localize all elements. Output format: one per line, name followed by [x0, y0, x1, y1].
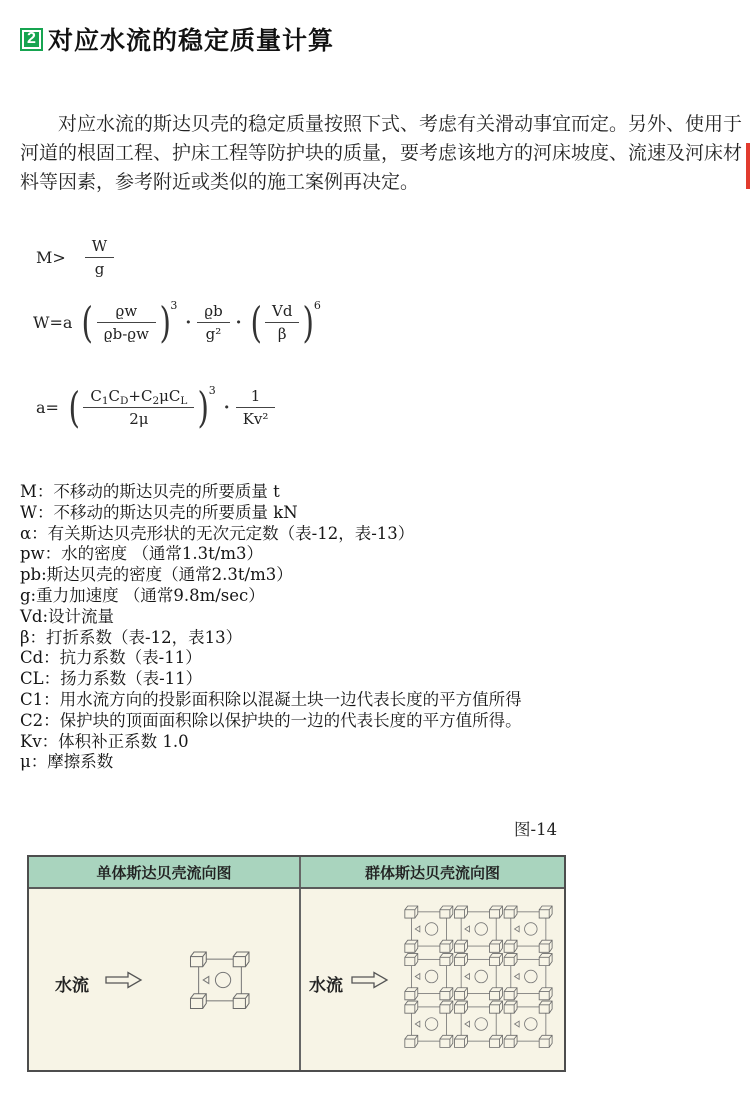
flow-arrow-icon: [105, 971, 143, 989]
single-unit-diagram: [189, 951, 251, 1010]
formula2-fraction3: Vd β: [265, 302, 299, 343]
definition-item: μ：摩擦系数: [20, 752, 522, 773]
right-paren: ): [198, 390, 209, 426]
formula3-fraction2: 1 Kv²: [236, 387, 276, 428]
flow-label: 水流: [55, 971, 89, 996]
definition-item: Kv：体积补正系数 1.0: [20, 732, 522, 753]
document-page: 2 对应水流的稳定质量计算 对应水流的斯达贝壳的稳定质量按照下式、考虑有关滑动事…: [0, 0, 750, 1097]
exponent-6: 6: [314, 299, 321, 312]
definition-item: M：不移动的斯达贝壳的所要质量 t: [20, 482, 522, 503]
formula1-fraction: W g: [85, 237, 114, 278]
figure-header-single: 单体斯达贝壳流向图: [29, 857, 301, 887]
section-title: 对应水流的稳定质量计算: [48, 21, 334, 57]
left-paren: (: [250, 305, 261, 341]
section-header: 2 对应水流的稳定质量计算: [20, 21, 334, 57]
definition-item: α：有关斯达贝壳形状的无次元定数（表-12，表-13）: [20, 524, 522, 545]
formula-weight: W=a ( ϱw ϱb-ϱw ) 3 · ϱb g² · ( Vd β ) 6: [33, 302, 323, 343]
left-paren: (: [82, 305, 93, 341]
formula1-lhs: M>: [36, 248, 66, 267]
formula2-fraction2: ϱb g²: [197, 302, 229, 343]
formula2-fraction1: ϱw ϱb-ϱw: [97, 302, 156, 343]
definition-item: C2：保护块的顶面面积除以保护块的一边的代表长度的平方值所得。: [20, 711, 522, 732]
definition-item: Vd:设计流量: [20, 607, 522, 628]
definitions-list: M：不移动的斯达贝壳的所要质量 t W：不移动的斯达贝壳的所要质量 kN α：有…: [20, 482, 522, 773]
formula3-lhs: a=: [36, 398, 59, 417]
figure-panel-single: 水流: [29, 889, 301, 1070]
formula2-lhs: W=a: [33, 313, 72, 332]
formula-alpha: a= ( C1CD+C2μCL 2μ ) 3 · 1 Kv²: [36, 387, 275, 428]
figure-caption: 图-14: [514, 816, 557, 840]
flow-label: 水流: [309, 971, 343, 996]
figure-panel: 单体斯达贝壳流向图 群体斯达贝壳流向图 水流 水流: [27, 855, 566, 1072]
definition-item: pb:斯达贝壳的密度（通常2.3t/m3）: [20, 565, 522, 586]
definition-item: W：不移动的斯达贝壳的所要质量 kN: [20, 503, 522, 524]
right-paren: ): [159, 305, 170, 341]
formula3-fraction1: C1CD+C2μCL 2μ: [83, 387, 194, 428]
section-number-badge: 2: [20, 28, 43, 51]
definition-item: β：打折系数（表-12，表13）: [20, 628, 522, 649]
definition-item: CL：扬力系数（表-11）: [20, 669, 522, 690]
definition-item: Cd：抗力系数（表-11）: [20, 648, 522, 669]
dot-operator: ·: [236, 313, 242, 333]
definition-item: C1：用水流方向的投影面积除以混凝土块一边代表长度的平方值所得: [20, 690, 522, 711]
definition-item: pw：水的密度 （通常1.3t/m3）: [20, 544, 522, 565]
definition-item: g:重力加速度 （通常9.8m/sec）: [20, 586, 522, 607]
flow-arrow-icon: [351, 971, 389, 989]
figure-panel-group: 水流: [301, 889, 564, 1070]
scan-artifact-red-line: [746, 143, 750, 189]
group-units-diagram: [404, 905, 554, 1049]
intro-paragraph: 对应水流的斯达贝壳的稳定质量按照下式、考虑有关滑动事宜而定。另外、使用于河道的根…: [20, 110, 742, 197]
figure-body-row: 水流 水流: [29, 889, 564, 1070]
right-paren: ): [303, 305, 314, 341]
figure-header-row: 单体斯达贝壳流向图 群体斯达贝壳流向图: [29, 857, 564, 889]
exponent-3: 3: [209, 384, 216, 397]
left-paren: (: [68, 390, 79, 426]
dot-operator: ·: [185, 313, 191, 333]
dot-operator: ·: [224, 398, 230, 418]
formula-mass-threshold: M> W g: [36, 237, 114, 278]
figure-header-group: 群体斯达贝壳流向图: [301, 857, 564, 887]
exponent-3: 3: [170, 299, 177, 312]
